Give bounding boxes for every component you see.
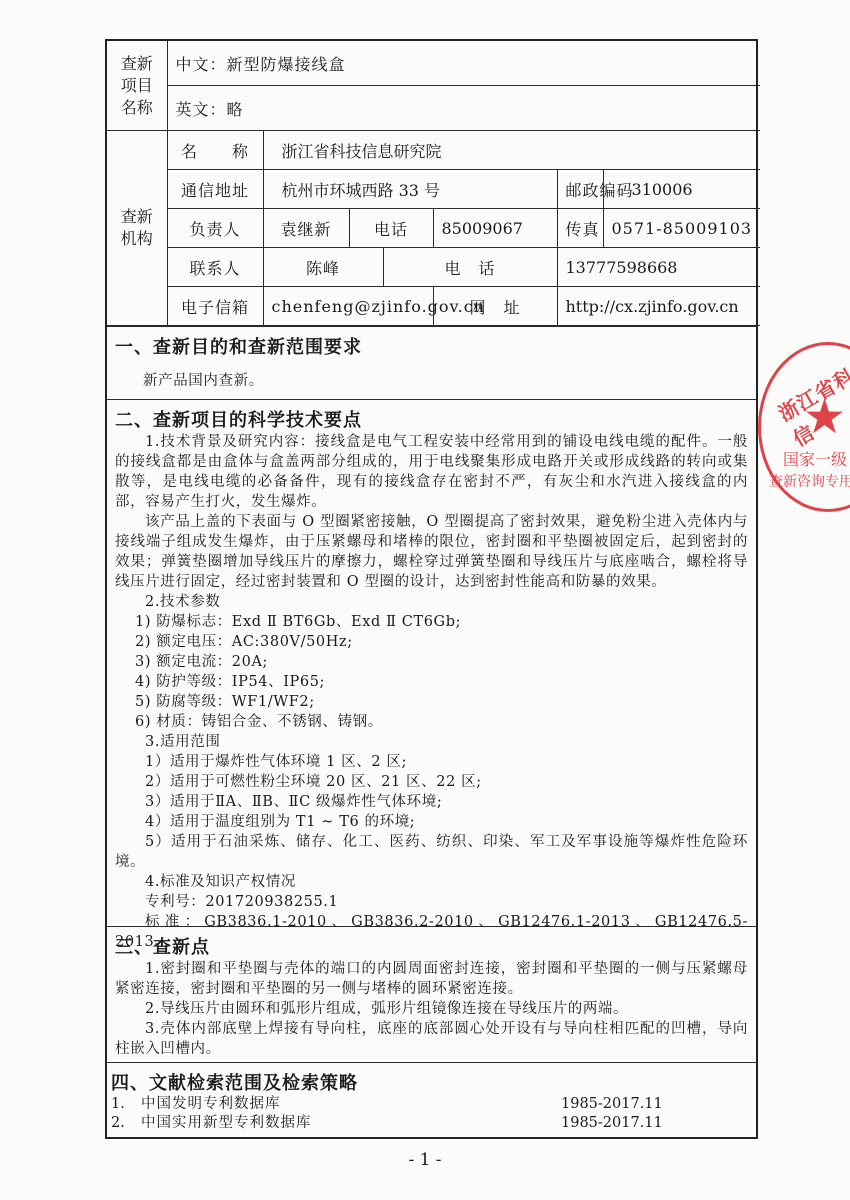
database-number: 1. <box>111 1095 141 1114</box>
novelty-point: 3.壳体内部底壁上焊接有导向柱，底座的底部圆心处开设有与导向柱相匹配的凹槽，导向… <box>115 1019 748 1059</box>
database-range: 1985-2017.11 <box>561 1114 748 1133</box>
novelty-point: 2.导线压片由圆环和弧形片组成，弧形片组镜像连接在导线压片的两端。 <box>115 999 748 1019</box>
scope-title: 3.适用范围 <box>115 732 748 752</box>
novelty-search-form: 查新 项目 名称 中文：新型防爆接线盒 英文：略 查新 机构 名 称 浙江省科技… <box>105 39 758 1139</box>
fax-label: 传真 <box>557 209 603 248</box>
section-search-scope: 四、文献检索范围及检索策略 1. 中国发明专利数据库 1985-2017.11 … <box>107 1062 756 1139</box>
tech-param-item: 5) 防腐等级：WF1/WF2; <box>115 692 748 712</box>
contact-name: 陈峰 <box>263 248 383 287</box>
database-name: 中国实用新型专利数据库 <box>141 1114 561 1133</box>
head-phone-label: 电话 <box>349 209 433 248</box>
project-name-label: 查新 项目 名称 <box>107 41 167 131</box>
head-name: 袁继新 <box>263 209 349 248</box>
section-tech-points: 二、查新项目的科学技术要点 1.技术背景及研究内容：接线盒是电气工程安装中经常用… <box>107 399 756 926</box>
website-link[interactable]: http://cx.zjinfo.gov.cn <box>557 287 760 326</box>
section-purpose-body: 新产品国内查新。 <box>115 359 748 395</box>
scope-item: 3）适用于ⅡA、ⅡB、ⅡC 级爆炸性气体环境; <box>115 792 748 812</box>
email-label: 电子信箱 <box>167 287 263 326</box>
ip-title: 4.标准及知识产权情况 <box>115 872 748 892</box>
tech-param-item: 6) 材质：铸铝合金、不锈钢、铸钢。 <box>115 712 748 732</box>
contact-phone: 13777598668 <box>557 248 760 287</box>
address-label: 通信地址 <box>167 170 263 209</box>
header-info-table: 查新 项目 名称 中文：新型防爆接线盒 英文：略 查新 机构 名 称 浙江省科技… <box>107 41 760 326</box>
tech-params-title: 2.技术参数 <box>115 592 748 612</box>
tech-param-item: 3) 额定电流：20A; <box>115 652 748 672</box>
tech-param-item: 1) 防爆标志：Exd Ⅱ BT6Gb、Exd Ⅱ CT6Gb; <box>115 612 748 632</box>
agency-label: 查新 机构 <box>107 131 167 326</box>
section-purpose-title: 一、查新目的和查新范围要求 <box>115 333 748 359</box>
agency-name: 浙江省科技信息研究院 <box>263 131 760 170</box>
stamp-line2: 查新咨询专用 <box>769 471 850 491</box>
contact-label: 联系人 <box>167 248 263 287</box>
database-name: 中国发明专利数据库 <box>141 1095 561 1114</box>
scope-item: 5）适用于石油采炼、储存、化工、医药、纺织、印染、军工及军事设施等爆炸性危险环境… <box>115 832 748 872</box>
postcode-label: 邮政编码 <box>557 170 603 209</box>
tech-background: 1.技术背景及研究内容：接线盒是电气工程安装中经常用到的铺设电线电缆的配件。一般… <box>115 432 748 512</box>
address: 杭州市环城西路 33 号 <box>263 170 557 209</box>
tech-param-item: 2) 额定电压：AC:380V/50Hz; <box>115 632 748 652</box>
section-tech-points-title: 二、查新项目的科学技术要点 <box>115 406 748 432</box>
page-number: - 1 - <box>0 1150 850 1170</box>
tech-param-item: 4) 防护等级：IP54、IP65; <box>115 672 748 692</box>
head-label: 负责人 <box>167 209 263 248</box>
section-novelty-points-title: 三、查新点 <box>115 933 748 959</box>
project-english-name: 英文：略 <box>167 86 760 131</box>
database-row: 1. 中国发明专利数据库 1985-2017.11 <box>111 1095 748 1114</box>
scope-item: 4）适用于温度组别为 T1 ~ T6 的环境; <box>115 812 748 832</box>
agency-name-label: 名 称 <box>167 131 263 170</box>
section-search-scope-title: 四、文献检索范围及检索策略 <box>111 1069 748 1095</box>
project-chinese-name: 中文：新型防爆接线盒 <box>167 41 760 86</box>
official-seal-stamp: 浙江省科技信 ★ 国家一级 查新咨询专用 <box>758 342 850 512</box>
database-range: 1985-2017.11 <box>561 1095 748 1114</box>
section-novelty-points: 三、查新点 1.密封圈和平垫圈与壳体的端口的内圆周面密封连接，密封圈和平垫圈的一… <box>107 926 756 1062</box>
novelty-point: 1.密封圈和平垫圈与壳体的端口的内圆周面密封连接，密封圈和平垫圈的一侧与压紧螺母… <box>115 959 748 999</box>
tech-description: 该产品上盖的下表面与 O 型圈紧密接触，O 型圈提高了密封效果，避免粉尘进入壳体… <box>115 512 748 592</box>
section-purpose: 一、查新目的和查新范围要求 新产品国内查新。 <box>107 326 756 399</box>
database-row: 2. 中国实用新型专利数据库 1985-2017.11 <box>111 1114 748 1133</box>
database-number: 2. <box>111 1114 141 1133</box>
scope-item: 1）适用于爆炸性气体环境 1 区、2 区; <box>115 752 748 772</box>
fax: 0571-85009103 <box>603 209 760 248</box>
stamp-line1: 国家一级 <box>783 447 847 470</box>
scope-item: 2）适用于可燃性粉尘环境 20 区、21 区、22 区; <box>115 772 748 792</box>
star-icon: ★ <box>803 389 846 445</box>
contact-phone-label: 电 话 <box>383 248 557 287</box>
patent-number: 专利号：201720938255.1 <box>115 892 748 912</box>
head-phone: 85009067 <box>433 209 557 248</box>
email-link[interactable]: chenfeng@zjinfo.gov.cn <box>263 287 433 326</box>
